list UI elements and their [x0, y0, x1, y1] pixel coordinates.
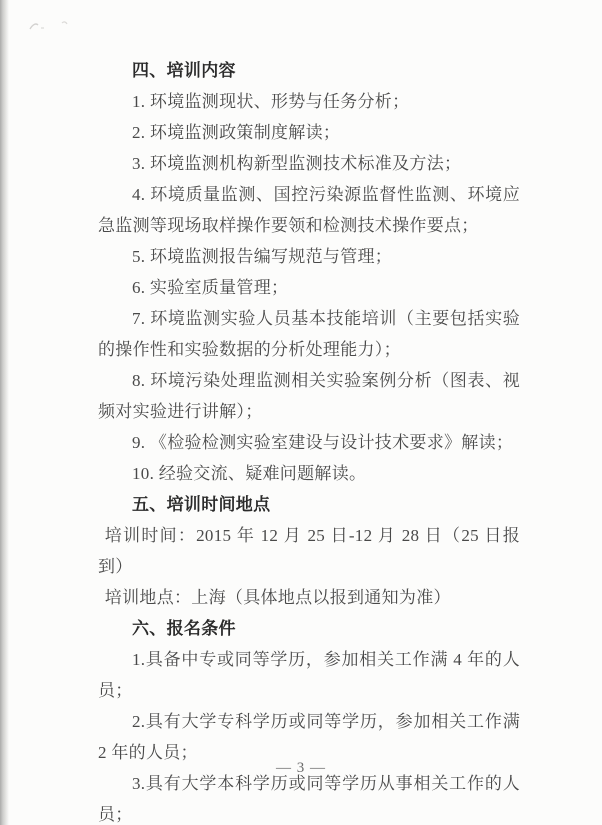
list-item: 9. 《检验检测实验室建设与设计技术要求》解读；: [98, 427, 520, 458]
list-item: 7. 环境监测实验人员基本技能培训（主要包括实验的操作性和实验数据的分析处理能力…: [98, 303, 520, 365]
list-item: 3. 环境监测机构新型监测技术标准及方法；: [98, 148, 520, 179]
list-item: 10. 经验交流、疑难问题解读。: [98, 458, 520, 489]
list-item: 4. 环境质量监测、国控污染源监督性监测、环境应急监测等现场取样操作要领和检测技…: [98, 179, 520, 241]
scan-edge-shadow: [0, 0, 9, 825]
list-item: 5. 环境监测报告编写规范与管理；: [98, 241, 520, 272]
list-item: 1. 环境监测现状、形势与任务分析；: [98, 86, 520, 117]
document-body: 四、培训内容 1. 环境监测现状、形势与任务分析； 2. 环境监测政策制度解读；…: [98, 55, 520, 825]
list-item: 6. 实验室质量管理；: [98, 272, 520, 303]
section-heading-training-content: 四、培训内容: [98, 55, 520, 86]
section-heading-time-place: 五、培训时间地点: [98, 489, 520, 520]
page-number: — 3 —: [0, 755, 602, 781]
list-item: 8. 环境污染处理监测相关实验案例分析（图表、视频对实验进行讲解）；: [98, 365, 520, 427]
training-time-line: 培训时间：2015 年 12 月 25 日-12 月 28 日（25 日报到）: [98, 520, 520, 582]
list-item: 1.具备中专或同等学历，参加相关工作满 4 年的人员；: [98, 644, 520, 706]
list-item: 2. 环境监测政策制度解读；: [98, 117, 520, 148]
section-heading-requirements: 六、报名条件: [98, 613, 520, 644]
training-place-line: 培训地点：上海（具体地点以报到通知为准）: [98, 582, 520, 613]
scanned-document-page: 四、培训内容 1. 环境监测现状、形势与任务分析； 2. 环境监测政策制度解读；…: [0, 0, 602, 825]
pencil-mark: [28, 16, 72, 36]
